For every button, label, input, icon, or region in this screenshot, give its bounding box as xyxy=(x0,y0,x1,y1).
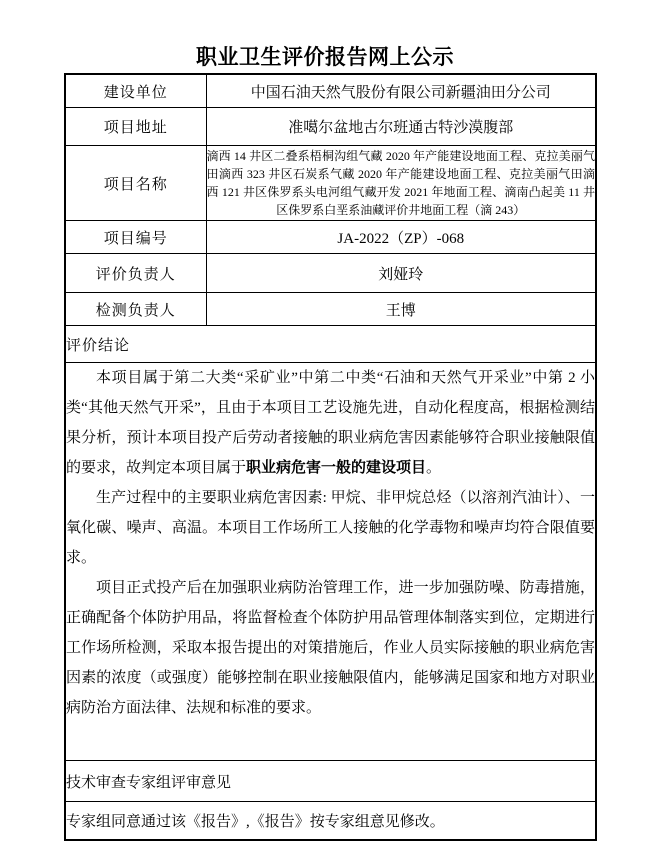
publicity-table: 建设单位 中国石油天然气股份有限公司新疆油田分公司 项目地址 准噶尔盆地古尔班通… xyxy=(64,73,597,841)
table-row: 专家组同意通过该《报告》,《报告》按专家组意见修改。 xyxy=(65,802,596,841)
document-page: 职业卫生评价报告网上公示 建设单位 中国石油天然气股份有限公司新疆油田分公司 项… xyxy=(0,0,650,859)
table-row: 检测负责人 王博 xyxy=(65,293,596,326)
conclusion-p1-period: 。 xyxy=(426,460,441,476)
testing-lead-value: 王博 xyxy=(206,293,596,326)
construction-unit-value: 中国石油天然气股份有限公司新疆油田分公司 xyxy=(206,74,596,108)
table-row: 评价负责人 刘娅玲 xyxy=(65,254,596,293)
table-row: 项目名称 滴西 14 井区二叠系梧桐沟组气藏 2020 年产能建设地面工程、克拉… xyxy=(65,146,596,221)
project-number-label: 项目编号 xyxy=(65,221,206,254)
table-row: 建设单位 中国石油天然气股份有限公司新疆油田分公司 xyxy=(65,74,596,108)
table-row: 项目编号 JA-2022（ZP）-068 xyxy=(65,221,596,254)
conclusion-label: 评价结论 xyxy=(65,326,596,363)
testing-lead-label: 检测负责人 xyxy=(65,293,206,326)
table-row: 技术审查专家组评审意见 xyxy=(65,761,596,802)
construction-unit-label: 建设单位 xyxy=(65,74,206,108)
conclusion-paragraph-3: 项目正式投产后在加强职业病防治管理工作，进一步加强防噪、防毒措施，正确配备个体防… xyxy=(66,573,595,723)
project-name-value: 滴西 14 井区二叠系梧桐沟组气藏 2020 年产能建设地面工程、克拉美丽气田滴… xyxy=(206,146,596,221)
table-row: 项目地址 准噶尔盆地古尔班通古特沙漠腹部 xyxy=(65,108,596,146)
table-row: 评价结论 xyxy=(65,326,596,363)
conclusion-paragraph-1: 本项目属于第二大类“采矿业”中第二中类“石油和天然气开采业”中第 2 小类“其他… xyxy=(66,363,595,483)
project-address-label: 项目地址 xyxy=(65,108,206,146)
table-row: 本项目属于第二大类“采矿业”中第二中类“石油和天然气开采业”中第 2 小类“其他… xyxy=(65,363,596,761)
evaluation-lead-label: 评价负责人 xyxy=(65,254,206,293)
project-address-value: 准噶尔盆地古尔班通古特沙漠腹部 xyxy=(206,108,596,146)
expert-review-label: 技术审查专家组评审意见 xyxy=(65,761,596,802)
project-name-label: 项目名称 xyxy=(65,146,206,221)
expert-review-opinion: 专家组同意通过该《报告》,《报告》按专家组意见修改。 xyxy=(65,802,596,841)
conclusion-body: 本项目属于第二大类“采矿业”中第二中类“石油和天然气开采业”中第 2 小类“其他… xyxy=(65,363,596,761)
project-number-value: JA-2022（ZP）-068 xyxy=(206,221,596,254)
conclusion-paragraph-2: 生产过程中的主要职业病危害因素: 甲烷、非甲烷总烃（以溶剂汽油计）、一氧化碳、噪… xyxy=(66,483,595,573)
conclusion-p1-bold: 职业病危害一般的建设项目 xyxy=(246,460,426,476)
evaluation-lead-value: 刘娅玲 xyxy=(206,254,596,293)
page-title: 职业卫生评价报告网上公示 xyxy=(0,0,650,73)
